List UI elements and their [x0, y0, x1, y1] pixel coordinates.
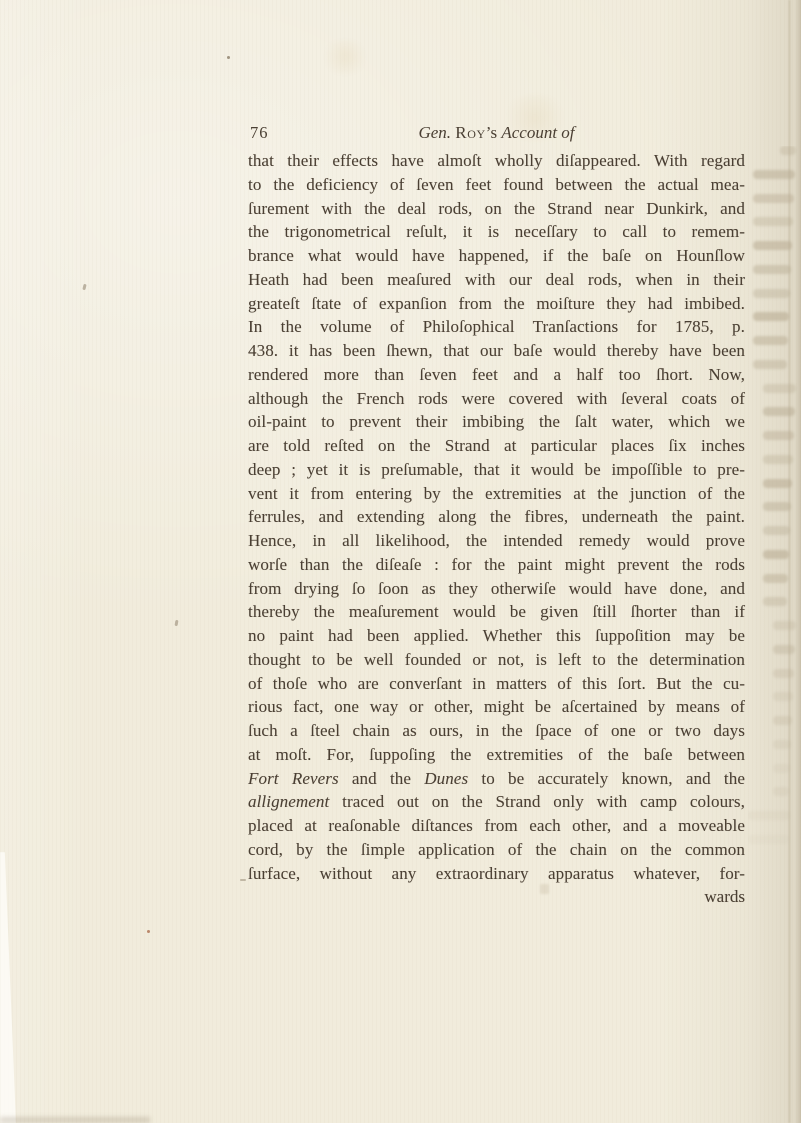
text-segment: brance what would have happened, if the … — [248, 246, 745, 265]
catchword-row: wards — [248, 885, 745, 909]
text-line: placed at reaſonable diſtances from each… — [248, 814, 745, 838]
text-line: thereby the meaſurement would be given ſ… — [248, 600, 745, 624]
text-segment: of thoſe who are converſant in matters o… — [248, 674, 745, 693]
text-segment: ſuch a ſteel chain as ours, in the ſpace… — [248, 721, 745, 740]
text-line: brance what would have happened, if the … — [248, 244, 745, 268]
text-line: although the French rods were covered wi… — [248, 387, 745, 411]
text-segment: the trigonometrical reſult, it is neceſſ… — [248, 222, 745, 241]
text-segment: no paint had been applied. Whether this … — [248, 626, 745, 645]
text-segment: traced out on the Strand only with camp … — [329, 792, 745, 811]
text-line: In the volume of Philoſophical Tranſacti… — [248, 315, 745, 339]
text-line: greateſt ſtate of expanſion from the moi… — [248, 292, 745, 316]
paper-speck — [175, 620, 179, 626]
text-segment: although the French rods were covered wi… — [248, 389, 745, 408]
text-line: thought to be well founded or not, is le… — [248, 648, 745, 672]
text-segment: rious fact, one way or other, might be a… — [248, 697, 745, 716]
text-line: are told reſted on the Strand at particu… — [248, 434, 745, 458]
text-segment: Fort Revers — [248, 769, 339, 788]
text-line: ferrules, and extending along the fibres… — [248, 505, 745, 529]
text-line: deep ; yet it is preſumable, that it wou… — [248, 458, 745, 482]
text-line: vent it from entering by the extremities… — [248, 482, 745, 506]
paper-speck — [82, 284, 86, 291]
text-segment: thereby the meaſurement would be given ſ… — [248, 602, 745, 621]
text-line: oil-paint to prevent their imbibing the … — [248, 410, 745, 434]
foxing-stain — [320, 40, 370, 74]
showthrough-text-ghost — [748, 146, 798, 906]
text-segment: Heath had been meaſured with our deal ro… — [248, 270, 745, 289]
text-line: Hence, in all likelihood, the intended r… — [248, 529, 745, 553]
text-segment: ferrules, and extending along the fibres… — [248, 507, 745, 526]
paper-speck — [227, 56, 230, 59]
text-segment: placed at reaſonable diſtances from each… — [248, 816, 745, 835]
scan-bottom-edge-smudge — [0, 1117, 150, 1123]
text-line: ſuch a ſteel chain as ours, in the ſpace… — [248, 719, 745, 743]
text-segment: deep ; yet it is preſumable, that it wou… — [248, 460, 745, 479]
text-line: 438. it has been ſhewn, that our baſe wo… — [248, 339, 745, 363]
paper-speck — [240, 879, 246, 881]
text-segment: Hence, in all likelihood, the intended r… — [248, 531, 745, 550]
text-segment: that their effects have almoſt wholly di… — [248, 151, 745, 170]
text-line: the trigonometrical reſult, it is neceſſ… — [248, 220, 745, 244]
paper-speck — [147, 930, 150, 933]
text-segment: ſurface, without any extraordinary appar… — [248, 864, 745, 883]
text-segment: oil-paint to prevent their imbibing the … — [248, 412, 745, 431]
text-segment: cord, by the ſimple application of the c… — [248, 840, 745, 859]
text-segment: In the volume of Philoſophical Tranſacti… — [248, 317, 745, 336]
text-segment: from drying ſo ſoon as they otherwiſe wo… — [248, 579, 745, 598]
text-segment: 438. it has been ſhewn, that our baſe wo… — [248, 341, 745, 360]
scan-corner-edge — [0, 852, 16, 1123]
text-line: ſurface, without any extraordinary appar… — [248, 862, 745, 886]
text-segment: vent it from entering by the extremities… — [248, 484, 745, 503]
text-segment: ’s — [486, 123, 502, 142]
text-segment: worſe than the diſeaſe : for the paint m… — [248, 555, 745, 574]
text-line: at moſt. For, ſuppoſing the extremities … — [248, 743, 745, 767]
text-line: rious fact, one way or other, might be a… — [248, 695, 745, 719]
text-line: allignement traced out on the Strand onl… — [248, 790, 745, 814]
text-segment: at moſt. For, ſuppoſing the extremities … — [248, 745, 745, 764]
page-header: 76 Gen. Roy’s Account of — [248, 121, 745, 145]
page-number: 76 — [250, 121, 269, 145]
running-title: Gen. Roy’s Account of — [248, 121, 745, 145]
text-segment: Gen. — [418, 123, 455, 142]
text-line: Heath had been meaſured with our deal ro… — [248, 268, 745, 292]
text-segment: ſurement with the deal rods, on the Stra… — [248, 199, 745, 218]
text-line: ſurement with the deal rods, on the Stra… — [248, 197, 745, 221]
text-line: no paint had been applied. Whether this … — [248, 624, 745, 648]
text-line: worſe than the diſeaſe : for the paint m… — [248, 553, 745, 577]
text-line: from drying ſo ſoon as they otherwiſe wo… — [248, 577, 745, 601]
text-segment: Roy — [455, 123, 485, 142]
text-line: Fort Revers and the Dunes to be accurate… — [248, 767, 745, 791]
text-segment: thought to be well founded or not, is le… — [248, 650, 745, 669]
text-segment: Dunes — [424, 769, 468, 788]
text-segment: greateſt ſtate of expanſion from the moi… — [248, 294, 745, 313]
catchword: wards — [704, 887, 745, 906]
text-segment: to the deficiency of ſeven feet found be… — [248, 175, 745, 194]
text-segment: Account of — [501, 123, 574, 142]
body-text: that their effects have almoſt wholly di… — [248, 149, 745, 885]
book-page-scan: 76 Gen. Roy’s Account of that their effe… — [0, 0, 801, 1123]
text-line: that their effects have almoſt wholly di… — [248, 149, 745, 173]
text-line: to the deficiency of ſeven feet found be… — [248, 173, 745, 197]
text-segment: rendered more than ſeven feet and a half… — [248, 365, 745, 384]
text-line: of thoſe who are converſant in matters o… — [248, 672, 745, 696]
text-line: rendered more than ſeven feet and a half… — [248, 363, 745, 387]
text-segment: to be accurately known, and the — [468, 769, 745, 788]
text-segment: are told reſted on the Strand at particu… — [248, 436, 745, 455]
text-segment: allignement — [248, 792, 329, 811]
text-line: cord, by the ſimple application of the c… — [248, 838, 745, 862]
text-segment: and the — [339, 769, 425, 788]
